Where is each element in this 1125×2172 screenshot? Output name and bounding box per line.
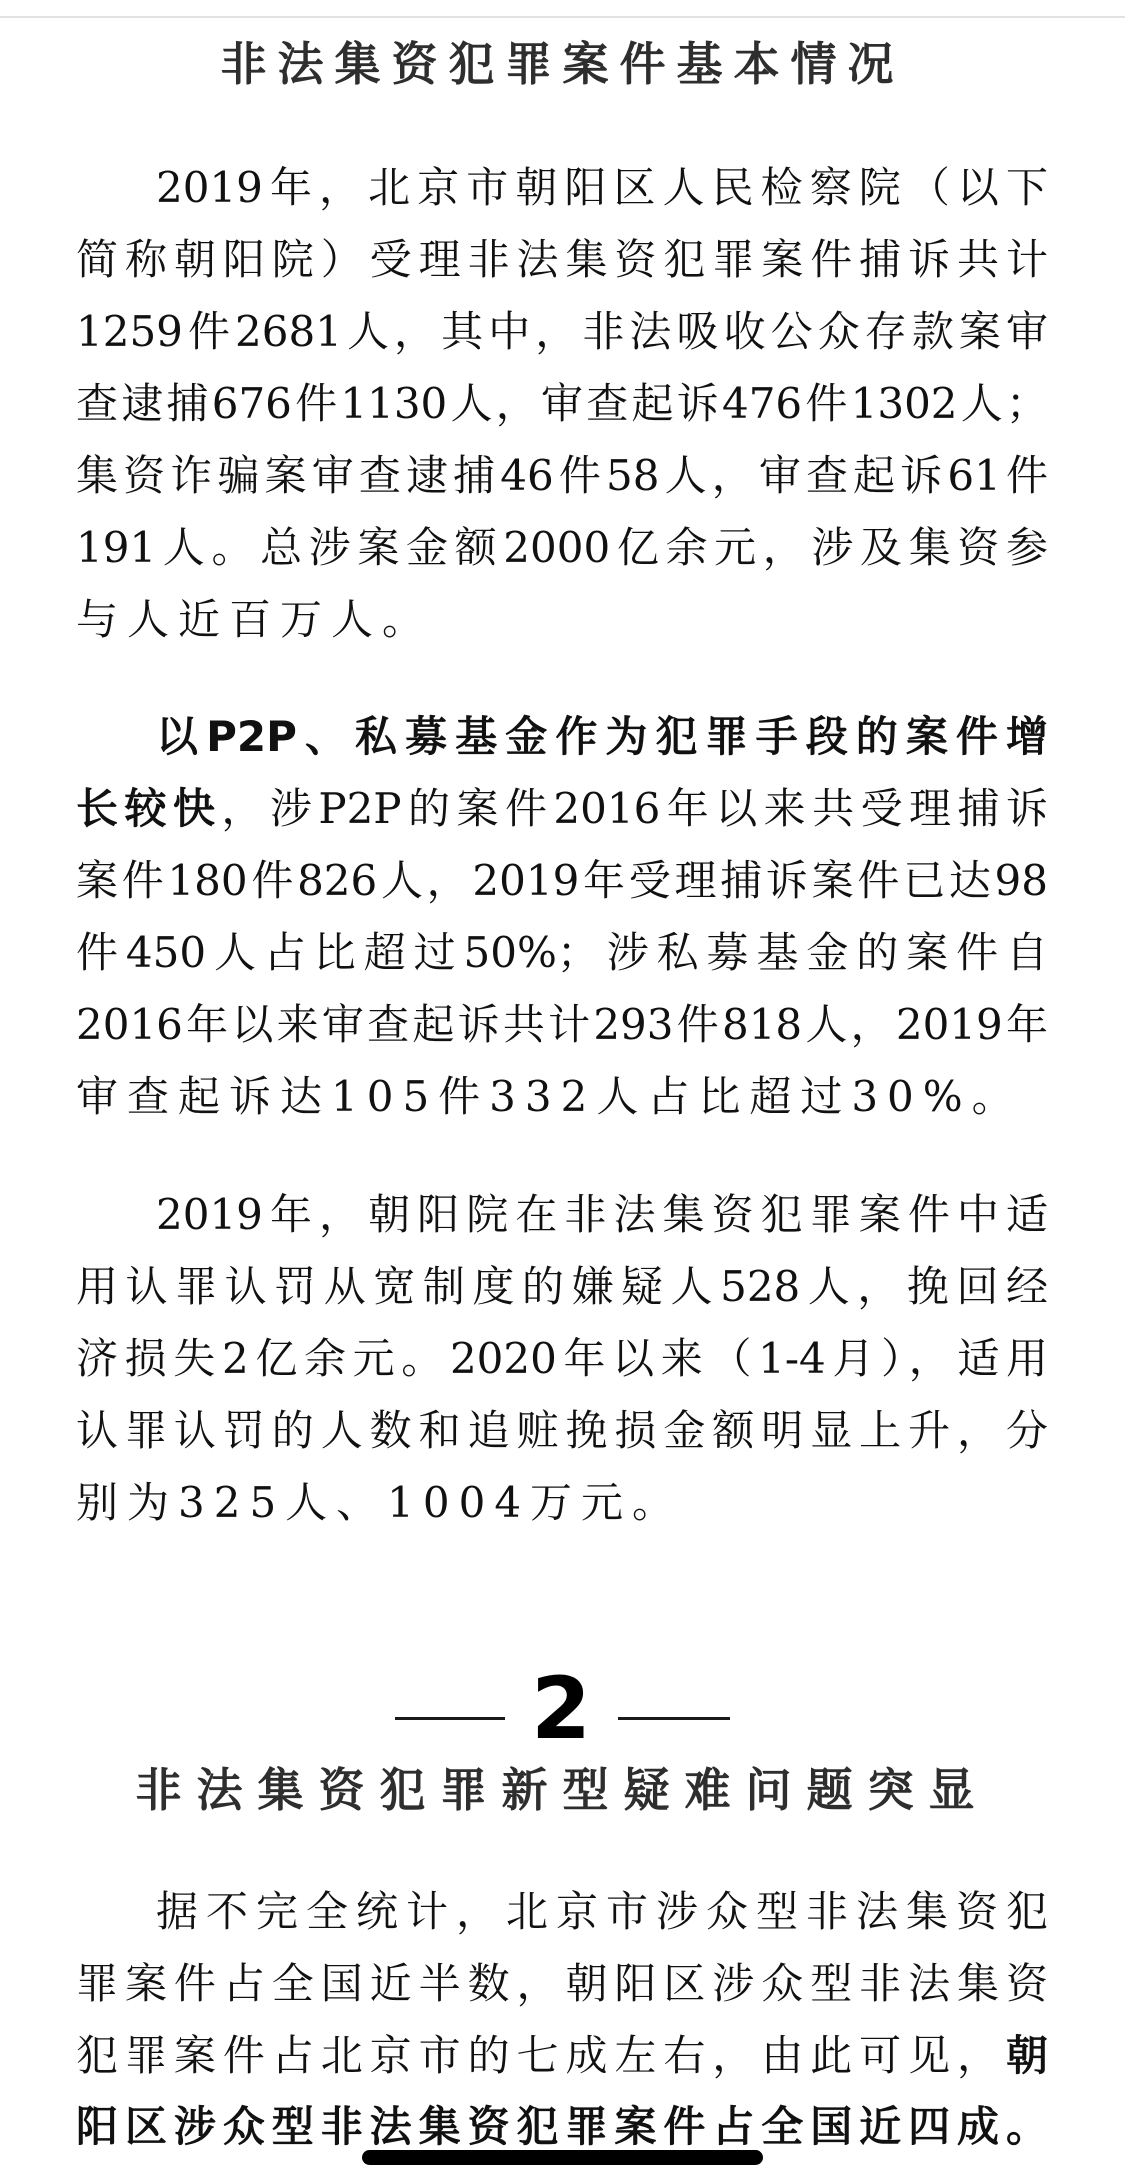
bold-text-span: 以P2P、私募基金作为犯罪手段的案件增	[156, 712, 1048, 761]
text-span: 2016年以来审查起诉共计293件818人，2019年	[76, 1000, 1048, 1049]
paragraph-line: 犯罪案件占北京市的七成左右，由此可见，朝	[76, 2020, 1048, 2092]
text-span: 简称朝阳院）受理非法集资犯罪案件捕诉共计	[76, 235, 1048, 284]
text-span: 济损失2亿余元。2020年以来（1-4月），适用	[76, 1334, 1048, 1383]
paragraph-line: 191人。总涉案金额2000亿余元，涉及集资参	[76, 512, 1048, 584]
paragraph-line: 查逮捕676件1130人，审查起诉476件1302人；	[76, 368, 1048, 440]
top-divider	[0, 16, 1125, 18]
text-span: 与人近百万人。	[76, 595, 433, 644]
paragraph-line: 集资诈骗案审查逮捕46件58人，审查起诉61件	[76, 440, 1048, 512]
text-span: 罪案件占全国近半数，朝阳区涉众型非法集资	[76, 1959, 1048, 2008]
paragraph-line: 简称朝阳院）受理非法集资犯罪案件捕诉共计	[76, 224, 1048, 296]
text-span: 犯罪案件占北京市的七成左右，由此可见，	[76, 2031, 1006, 2080]
paragraph-line: 案件180件826人，2019年受理捕诉案件已达98	[76, 845, 1048, 917]
paragraph-line: 2019年，北京市朝阳区人民检察院（以下	[156, 152, 1048, 224]
text-span: 据不完全统计，北京市涉众型非法集资犯	[156, 1887, 1048, 1936]
paragraph-line: 济损失2亿余元。2020年以来（1-4月），适用	[76, 1323, 1048, 1395]
section-number-divider: 2	[0, 1672, 1125, 1748]
bold-text-span: 阳区涉众型非法集资犯罪案件占全国近四成。	[76, 2102, 1048, 2151]
bold-text-span: 朝	[1006, 2031, 1048, 2080]
text-span: ，涉P2P的案件2016年以来共受理捕诉	[221, 784, 1048, 833]
paragraph-line: 2019年，朝阳院在非法集资犯罪案件中适	[156, 1179, 1048, 1251]
text-span: 查逮捕676件1130人，审查起诉476件1302人；	[76, 379, 1048, 428]
text-span: 用认罪认罚从宽制度的嫌疑人528人，挽回经	[76, 1262, 1048, 1311]
text-span: 2019年，北京市朝阳区人民检察院（以下	[156, 163, 1048, 212]
text-span: 别为325人、1004万元。	[76, 1478, 683, 1527]
text-span: 认罪认罚的人数和追赃挽损金额明显上升，分	[76, 1406, 1048, 1455]
paragraph-line: 审查起诉达105件332人占比超过30%。	[76, 1061, 1048, 1133]
text-span: 件450人占比超过50%；涉私募基金的案件自	[76, 928, 1048, 977]
paragraph-line: 与人近百万人。	[76, 584, 1048, 656]
text-span: 集资诈骗案审查逮捕46件58人，审查起诉61件	[76, 451, 1048, 500]
bold-text-span: 长较快	[76, 784, 221, 833]
paragraph-line: 别为325人、1004万元。	[76, 1467, 1048, 1539]
paragraph-line: 1259件2681人，其中，非法吸收公众存款案审	[76, 296, 1048, 368]
left-dash	[395, 1717, 505, 1720]
paragraph-line: 2016年以来审查起诉共计293件818人，2019年	[76, 989, 1048, 1061]
text-span: 1259件2681人，其中，非法吸收公众存款案审	[76, 307, 1048, 356]
paragraph-line: 罪案件占全国近半数，朝阳区涉众型非法集资	[76, 1948, 1048, 2020]
text-span: 2019年，朝阳院在非法集资犯罪案件中适	[156, 1190, 1048, 1239]
text-span: 191人。总涉案金额2000亿余元，涉及集资参	[76, 523, 1048, 572]
section-1-title: 非法集资犯罪案件基本情况	[0, 36, 1125, 92]
paragraph-line: 认罪认罚的人数和追赃挽损金额明显上升，分	[76, 1395, 1048, 1467]
text-span: 案件180件826人，2019年受理捕诉案件已达98	[76, 856, 1048, 905]
paragraph-line: 据不完全统计，北京市涉众型非法集资犯	[156, 1876, 1048, 1948]
home-indicator[interactable]	[362, 2150, 763, 2165]
section-2-title: 非法集资犯罪新型疑难问题突显	[0, 1762, 1125, 1818]
section-number: 2	[530, 1666, 592, 1752]
paragraph-line: 以P2P、私募基金作为犯罪手段的案件增	[156, 701, 1048, 773]
paragraph-line: 长较快，涉P2P的案件2016年以来共受理捕诉	[76, 773, 1048, 845]
right-dash	[618, 1717, 730, 1720]
text-span: 审查起诉达105件332人占比超过30%。	[76, 1072, 1023, 1121]
paragraph-line: 件450人占比超过50%；涉私募基金的案件自	[76, 917, 1048, 989]
paragraph-line: 用认罪认罚从宽制度的嫌疑人528人，挽回经	[76, 1251, 1048, 1323]
